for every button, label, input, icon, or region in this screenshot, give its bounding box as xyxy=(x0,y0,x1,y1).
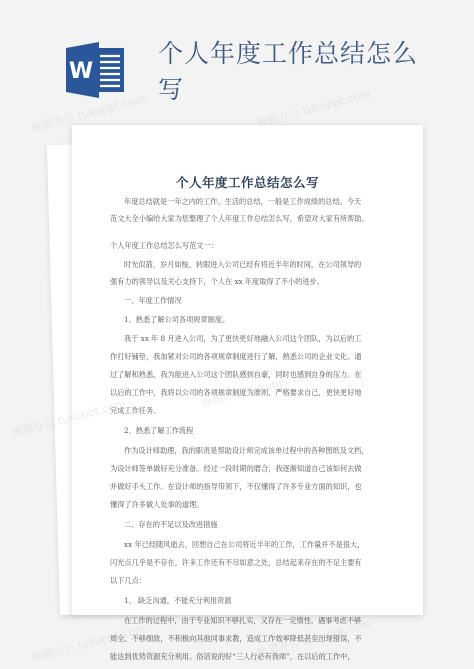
document-line: 为设计师签单做好充分准备。经过一段时期的磨合，我逐渐知道自己该如何去做 xyxy=(110,460,362,478)
document-line: 闪光点几乎是不存在，许多工作还有不尽如意之处，总结起来存在的不足主要有 xyxy=(110,554,362,572)
document-line: 以下几点： xyxy=(110,572,146,590)
document-line: 范文大全小编给大家为您整理了个人年度工作总结怎么写，希望对大家有所帮助。 xyxy=(110,210,369,228)
document-line: 二、存在的不足以及改进措施 xyxy=(124,516,217,534)
document-line: 1、熟悉了解公司各项规章制度。 xyxy=(124,311,229,329)
word-document-icon: W xyxy=(66,42,126,98)
document-line: 强有力的领导以及关心支持下，个人在 xx 年度取得了不小的进步。 xyxy=(110,273,324,291)
svg-text:W: W xyxy=(69,59,93,84)
document-line: 年度总结就是一年之内的工作、生活的总结，一般是工作成绩的总结。今天 xyxy=(124,193,361,211)
document-line: xx 年已经随风逝去，回想自己在公司将近半年的工作，工作量并不是很大， xyxy=(124,536,364,554)
header-title-line-1: 个人年度工作总结怎么 xyxy=(158,36,418,72)
document-line: 我于 xx 年 8 月进入公司，为了更快更好地融入公司这个团队，为以后的工 xyxy=(124,330,361,348)
document-line: 1、 缺乏沟通，不能充分利用资源 xyxy=(124,592,231,610)
document-line: 2、熟悉了解工作流程 xyxy=(124,422,193,440)
document-line: 作为设计师助理，我的职责是帮助设计师完成该单过程中的各种图纸及文档， xyxy=(124,442,368,460)
header-title-line-2: 写 xyxy=(158,72,418,108)
document-line: 懂得了许多做人处事的道理。 xyxy=(110,496,203,514)
document-title: 个人年度工作总结怎么写 xyxy=(72,173,423,191)
document-line: 过了解和熟悉，我为能进入公司这个团队感到自豪，同时也感到自身的压力。在 xyxy=(110,366,362,384)
header: W 个人年度工作总结怎么 写 xyxy=(0,0,474,125)
document-line: 个人年度工作总结怎么写范文一： xyxy=(110,237,218,255)
document-line: 时光似箭，岁月如梭，转眼进入公司已经有将近半年的时间，在公司领导的 xyxy=(124,256,361,274)
header-title: 个人年度工作总结怎么 写 xyxy=(158,36,418,108)
document-page: 个人年度工作总结怎么写 年度总结就是一年之内的工作、生活的总结，一般是工作成绩的… xyxy=(72,125,423,615)
document-line: 能达到优势资源充分利用。俗话说的好“三人行必有我师”，在以后的工作中， xyxy=(110,648,355,666)
document-line: 作打好铺垫，我加紧对公司的各项规章制度进行了解，熟悉公司的企业文化。通 xyxy=(110,348,362,366)
document-line: 并做好手头工作。在设计师的指导带领下，不仅懂得了许多专业方面的知识，也 xyxy=(110,478,362,496)
document-line: 一、年度工作情况 xyxy=(124,292,182,310)
